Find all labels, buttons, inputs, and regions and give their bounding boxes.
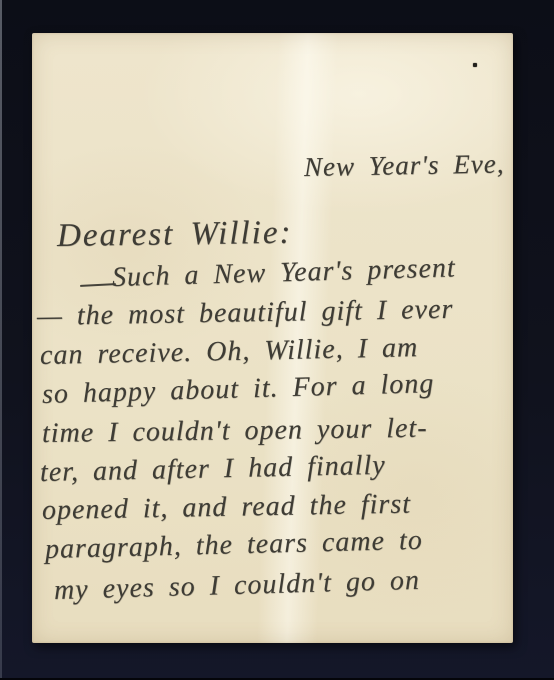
letter-line-5: time I couldn't open your let- bbox=[42, 415, 428, 448]
letter-line-3: can receive. Oh, Willie, I am bbox=[40, 334, 419, 370]
letter-line-6: ter, and after I had finally bbox=[40, 452, 386, 487]
letter-page: New Year's Eve, Dearest Willie: Such a N… bbox=[32, 33, 513, 643]
salutation: Dearest Willie: bbox=[57, 217, 293, 253]
pen-lead-stroke bbox=[80, 283, 116, 287]
letter-line-2: — the most beautiful gift I ever bbox=[37, 296, 454, 331]
letter-line-9: my eyes so I couldn't go on bbox=[54, 567, 421, 605]
letter-line-1: Such a New Year's present bbox=[112, 254, 456, 292]
ink-speck bbox=[473, 63, 477, 67]
letter-line-4: so happy about it. For a long bbox=[42, 370, 435, 409]
date-line: New Year's Eve, bbox=[304, 151, 505, 181]
photo-background: New Year's Eve, Dearest Willie: Such a N… bbox=[0, 0, 554, 680]
letter-line-8: paragraph, the tears came to bbox=[45, 527, 423, 564]
letter-line-7: opened it, and read the first bbox=[42, 491, 411, 525]
